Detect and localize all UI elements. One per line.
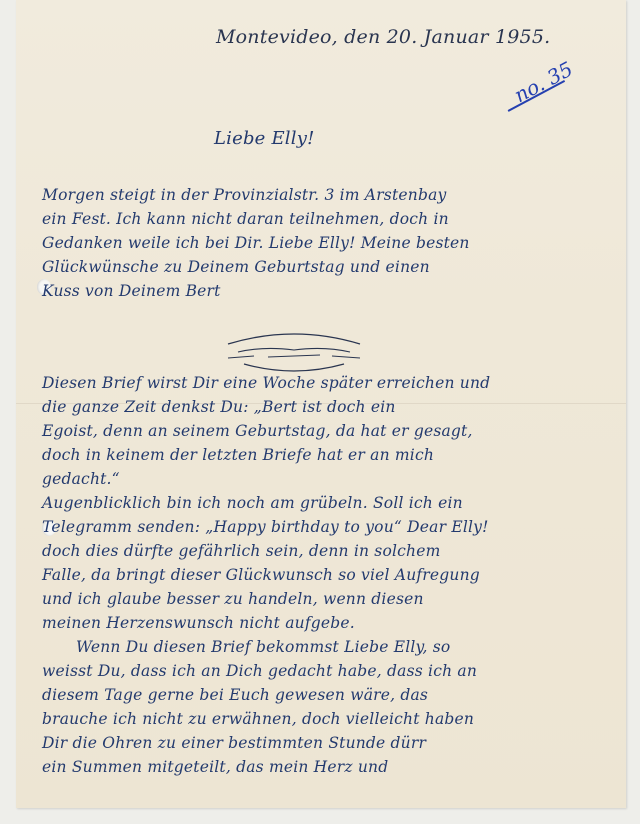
- paragraph-2-line: Dir die Ohren zu einer bestimmten Stunde…: [42, 734, 426, 752]
- paragraph-2-line: und ich glaube besser zu handeln, wenn d…: [42, 590, 424, 608]
- paragraph-2-line: Egoist, denn an seinem Geburtstag, da ha…: [42, 422, 473, 440]
- paragraph-2-line: Telegramm senden: „Happy birthday to you…: [42, 518, 489, 536]
- archive-number: no. 35: [510, 57, 577, 108]
- paragraph-2-line: Diesen Brief wirst Dir eine Woche später…: [42, 374, 490, 392]
- ornament-divider-icon: [224, 330, 364, 374]
- paragraph-2-line: doch dies dürfte gefährlich sein, denn i…: [42, 542, 440, 560]
- paragraph-2-line: gedacht.“: [42, 470, 120, 488]
- paragraph-2-line: brauche ich nicht zu erwähnen, doch viel…: [42, 710, 474, 728]
- paragraph-2-line: meinen Herzenswunsch nicht aufgebe.: [42, 614, 355, 632]
- paragraph-2-line: Wenn Du diesen Brief bekommst Liebe Elly…: [76, 638, 450, 656]
- salutation: Liebe Elly!: [214, 128, 315, 149]
- paragraph-1-line: Kuss von Deinem Bert: [42, 282, 221, 300]
- paragraph-2-line: weisst Du, dass ich an Dich gedacht habe…: [42, 662, 477, 680]
- paragraph-1-line: ein Fest. Ich kann nicht daran teilnehme…: [42, 210, 449, 228]
- paragraph-2-line: diesem Tage gerne bei Euch gewesen wäre,…: [42, 686, 428, 704]
- letter-page: Montevideo, den 20. Januar 1955. no. 35 …: [16, 0, 626, 808]
- paragraph-1-line: Morgen steigt in der Provinzialstr. 3 im…: [42, 186, 446, 204]
- paragraph-2-line: die ganze Zeit denkst Du: „Bert ist doch…: [42, 398, 396, 416]
- dateline: Montevideo, den 20. Januar 1955.: [216, 26, 550, 48]
- paragraph-2-line: ein Summen mitgeteilt, das mein Herz und: [42, 758, 388, 776]
- paragraph-2-line: Falle, da bringt dieser Glückwunsch so v…: [42, 566, 480, 584]
- paragraph-2-line: Augenblicklich bin ich noch am grübeln. …: [42, 494, 463, 512]
- paragraph-1-line: Gedanken weile ich bei Dir. Liebe Elly! …: [42, 234, 470, 252]
- paragraph-2-line: doch in keinem der letzten Briefe hat er…: [42, 446, 434, 464]
- paragraph-1-line: Glückwünsche zu Deinem Geburtstag und ei…: [42, 258, 430, 276]
